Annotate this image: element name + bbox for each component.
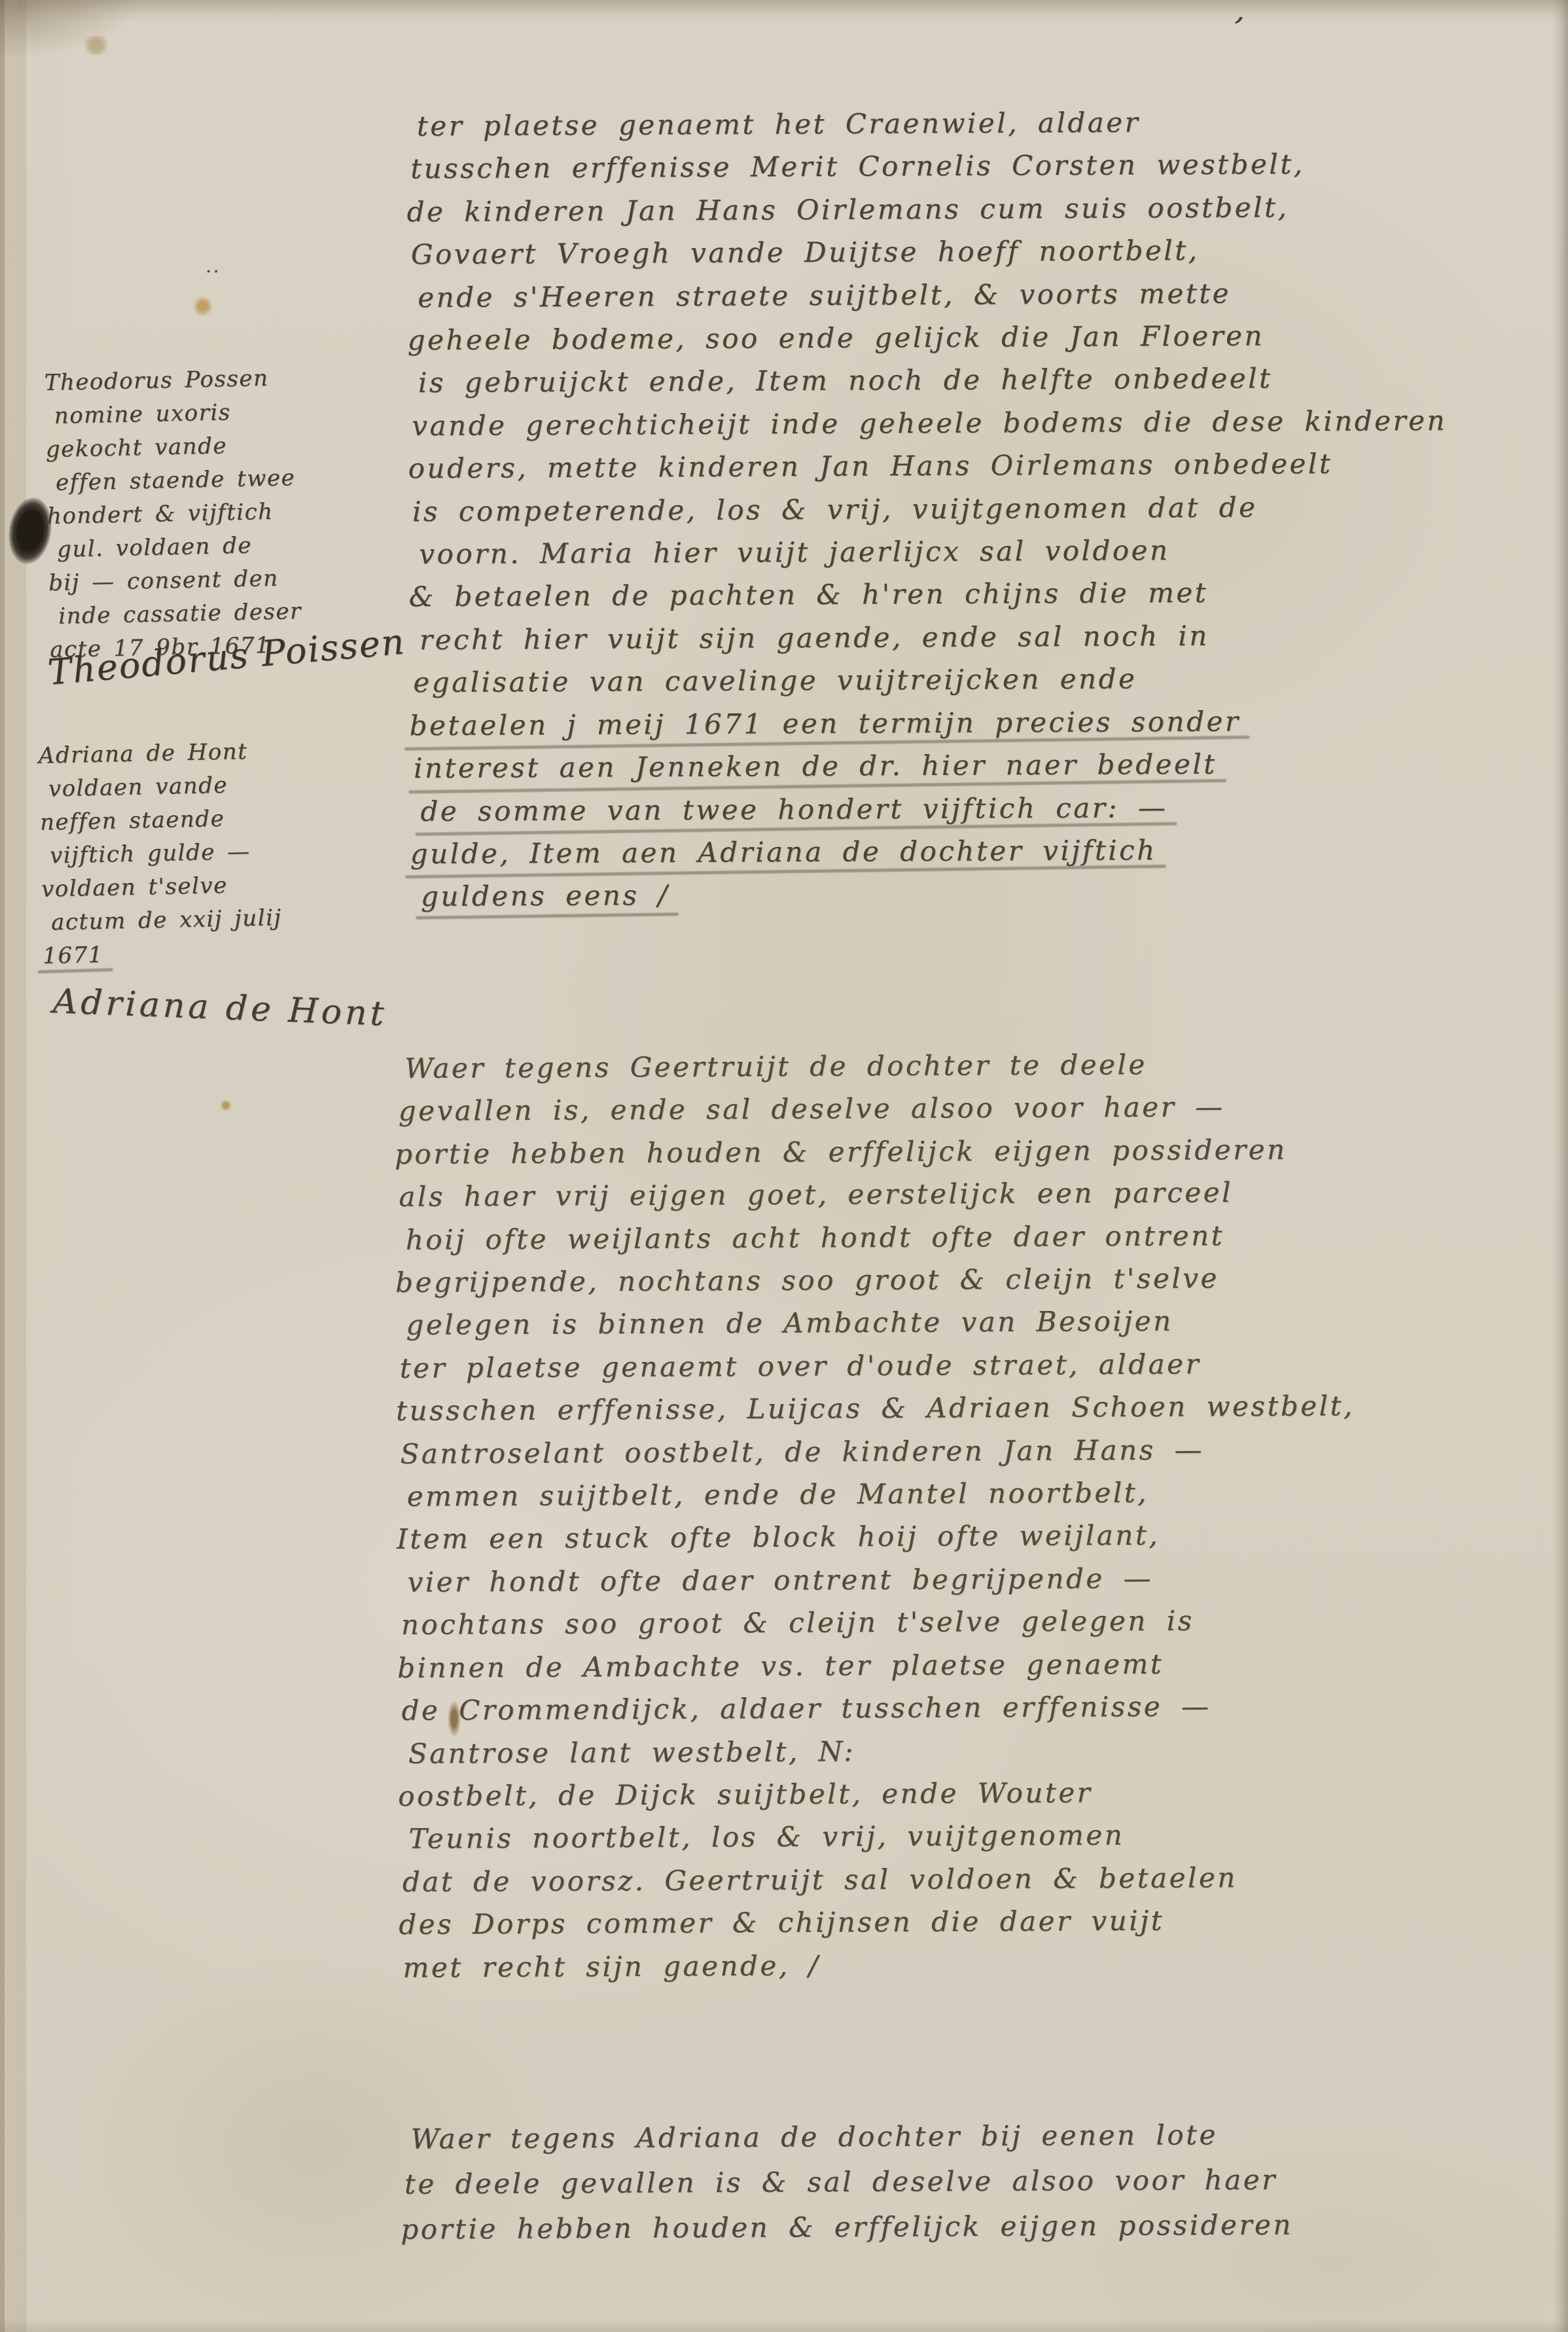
paper-edge-top [0,0,1568,22]
handwritten-line: nomine uxoris [54,396,231,433]
handwritten-line: begrijpende, nochtans soo groot & cleijn… [395,1257,1219,1304]
handwritten-line: nochtans soo groot & cleijn t'selve gele… [401,1600,1194,1647]
handwritten-line: is competerende, los & vrij, vuijtgenome… [412,486,1258,533]
handwritten-line: Govaert Vroegh vande Duijtse hoeff noort… [411,229,1200,276]
handwritten-line: ende s'Heeren straete suijtbelt, & voort… [418,272,1231,319]
handwritten-line: hoij ofte weijlants acht hondt ofte daer… [406,1214,1224,1261]
handwritten-line: betaelen j meij 1671 een termijn precies… [410,700,1241,747]
handwritten-line: de Crommendijck, aldaer tusschen erffeni… [401,1685,1211,1732]
handwritten-line: effen staende twee [55,461,295,500]
handwritten-line: recht hier vuijt sijn gaende, ende sal n… [419,615,1209,662]
handwritten-line: gulde, Item aen Adriana de dochter vijft… [410,829,1157,875]
margin-note-adriana-de-hont: Adriana de Hontvoldaen vandeneffen staen… [38,734,283,973]
handwritten-line: inde cassatie deser [58,595,302,634]
handwritten-line: 1671 [43,939,104,973]
handwritten-line: portie hebben houden & erffelijck eijgen… [395,1128,1287,1176]
handwritten-line: Item een stuck ofte block hoij ofte weij… [397,1514,1160,1561]
manuscript-page: ·· ’ Theodorus Possennomine uxorisgekoch… [0,0,1568,2332]
handwritten-line: ter plaetse genaemt over d'oude straet, … [400,1342,1202,1390]
handwritten-line: portie hebben houden & erffelijck eijgen… [401,2202,1293,2251]
handwritten-line: gelegen is binnen de Ambachte van Besoij… [406,1300,1173,1347]
handwritten-line: is gebruijckt ende, Item noch de helfte … [418,357,1273,404]
handwritten-line: interest aen Jenneken de dr. hier naer b… [414,743,1217,790]
handwritten-line: binnen de Ambachte vs. ter plaetse genae… [397,1642,1164,1689]
handwritten-line: vijftich gulde — [50,835,251,872]
handwritten-line: oostbelt, de Dijck suijtbelt, ende Woute… [398,1771,1092,1818]
paper-edge-bottom [0,2319,1568,2332]
handwritten-line: gul. voldaen de [57,529,253,566]
handwritten-line: Waer tegens Geertruijt de dochter te dee… [404,1043,1147,1090]
handwritten-line: de somme van twee hondert vijftich car: … [420,786,1167,833]
paper-stain [194,295,212,318]
handwritten-line: guldens eens / [421,874,669,918]
handwritten-line: ouders, mette kinderen Jan Hans Oirleman… [408,442,1332,490]
handwritten-line: Santroselant oostbelt, de kinderen Jan H… [400,1428,1204,1475]
handwritten-line: neffen staende [39,802,224,840]
deed-text-block-3: Waer tegens Adriana de dochter bij eenen… [404,2111,1293,2251]
paper-edge-left [0,0,73,2332]
handwritten-line: & betaelen de pachten & h'ren chijns die… [409,571,1209,619]
handwritten-line: hondert & vijftich [47,495,274,533]
deed-text-block-2: Waer tegens Geertruijt de dochter te dee… [398,1042,1357,1989]
handwritten-line: voorn. Maria hier vuijt jaerlijcx sal vo… [419,529,1169,575]
handwritten-line: voldaen vande [48,769,228,806]
handwritten-line: Adriana de Hont [38,735,248,773]
handwritten-line: tusschen erffenisse Merit Cornelis Corst… [410,143,1304,190]
handwritten-line: gevallen is, ende sal deselve alsoo voor… [399,1086,1225,1133]
dots-mark: ·· [205,260,221,283]
handwritten-line: Waer tegens Adriana de dochter bij eenen… [410,2112,1217,2161]
apostrophe-mark: ’ [1227,10,1245,48]
handwritten-line: gekocht vande [45,429,227,467]
handwritten-line: met recht sijn gaende, / [402,1944,820,1989]
paper-stain [220,1100,232,1111]
handwritten-line: voldaen t'selve [41,869,228,906]
handwritten-line: tusschen erffenisse, Luijcas & Adriaen S… [396,1384,1355,1432]
handwritten-line: Theodorus Possen [44,362,269,400]
handwritten-line: vier hondt ofte daer ontrent begrijpende… [407,1557,1153,1604]
handwritten-line: vande gerechticheijt inde geheele bodems… [412,399,1447,448]
paper-edge-right [1552,0,1568,2332]
paper-stain [81,35,111,55]
handwritten-line: te deele gevallen is & sal deselve alsoo… [404,2157,1277,2207]
handwritten-line: emmen suijtbelt, ende de Mantel noortbel… [407,1471,1149,1518]
handwritten-line: egalisatie van cavelinge vuijtreijcken e… [413,658,1137,704]
deed-text-block-1: ter plaetse genaemt het Craenwiel, aldae… [410,99,1450,918]
handwritten-line: de kinderen Jan Hans Oirlemans cum suis … [406,186,1289,233]
handwritten-line: ter plaetse genaemt het Craenwiel, aldae… [417,101,1141,147]
handwritten-line: Teunis noortbelt, los & vrij, vuijtgenom… [408,1814,1124,1860]
handwritten-line: Santrose lant westbelt, N: [408,1730,855,1775]
handwritten-line: des Dorps commer & chijnsen die daer vui… [399,1899,1164,1946]
handwritten-line: actum de xxij julij [51,901,282,939]
handwritten-line: geheele bodeme, soo ende gelijck die Jan… [407,314,1264,361]
paper-corner-shadow [0,0,144,59]
handwritten-line: dat de voorsz. Geertruijt sal voldoen & … [402,1856,1238,1903]
handwritten-line: als haer vrij eijgen goet, eerstelijck e… [399,1171,1233,1218]
margin-note-theodorus-possen: Theodorus Possennomine uxorisgekocht van… [44,361,302,667]
margin-heading-adriana-de-hont: Adriana de Hont [52,982,388,1034]
handwritten-line: bij — consent den [48,562,279,600]
